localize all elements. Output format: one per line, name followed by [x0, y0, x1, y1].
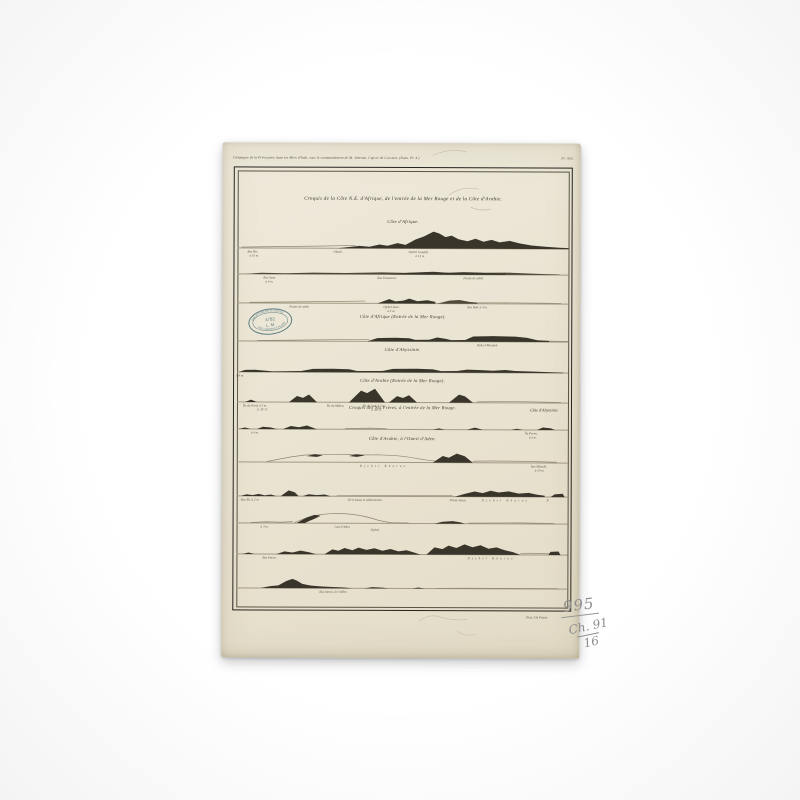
stamp-letters: L. M.: [266, 322, 276, 328]
profile-caption: Ras Imran, à 6 milles.: [319, 590, 347, 594]
coast-profile-silhouette: [237, 439, 568, 464]
profile-caption: Ras Bab, à 4 m.: [467, 305, 487, 309]
coast-profile-silhouette: [237, 379, 568, 404]
plate-title: Croquis de la Côte N.E. d'Afrique, de l'…: [235, 196, 572, 202]
coast-profile-silhouette: [237, 406, 568, 431]
coast-profile-silhouette: [236, 531, 567, 556]
coast-profile-silhouette: [238, 225, 569, 250]
profile-caption: Cap d'Aden.: [335, 525, 351, 529]
plate-border: Croquis de la Côte N.E. d'Afrique, de l'…: [232, 166, 573, 611]
profile-caption: Pointe de sable.: [463, 276, 483, 280]
coast-profile-silhouette: [236, 565, 567, 590]
coast-profile-silhouette: [237, 251, 568, 276]
library-stamp: BIBLIOTHÈQUE DU DÉPÔT DES CARTES ET PLAN…: [246, 305, 295, 338]
profile-caption-djebel-kharaz: Djebel Kharaz: [467, 556, 514, 560]
profile-caption: Pointe de sable.: [289, 305, 309, 309]
coast-profile-silhouette: [237, 500, 568, 525]
profile-caption: Ras Doumeira.: [377, 276, 396, 280]
profile-caption: à 3 m.: [261, 525, 269, 529]
profile-caption-djebel-kharaz: Djebel Kharaz: [360, 464, 407, 468]
coast-profile-silhouette: [237, 280, 568, 305]
profile-caption: Ras Imran.: [262, 556, 276, 560]
profile-caption: à 4 m.: [251, 430, 259, 434]
section-label-cote-afrique: Côte d'Afrique.: [235, 218, 572, 224]
profile-caption: à 5 m.: [387, 309, 395, 313]
coast-profile-silhouette: [237, 473, 568, 498]
imprint-row: Campagne de la Prévoyante dans les Mers …: [233, 155, 574, 160]
coast-profile-silhouette: [237, 349, 568, 374]
pencil-number: 995: [559, 594, 599, 618]
scanned-chart-sheet: Campagne de la Prévoyante dans les Mers …: [221, 142, 581, 658]
pencil-shelfmark: Ch. 91 16: [568, 616, 613, 652]
campaign-imprint: Campagne de la Prévoyante dans les Mers …: [233, 155, 420, 160]
plate-number: N°. 995.: [561, 157, 573, 161]
profile-caption: à 10 m.: [535, 468, 544, 472]
scan-background: Campagne de la Prévoyante dans les Mers …: [0, 0, 800, 800]
price-imprint: Prix: Un Franc.: [526, 615, 548, 619]
